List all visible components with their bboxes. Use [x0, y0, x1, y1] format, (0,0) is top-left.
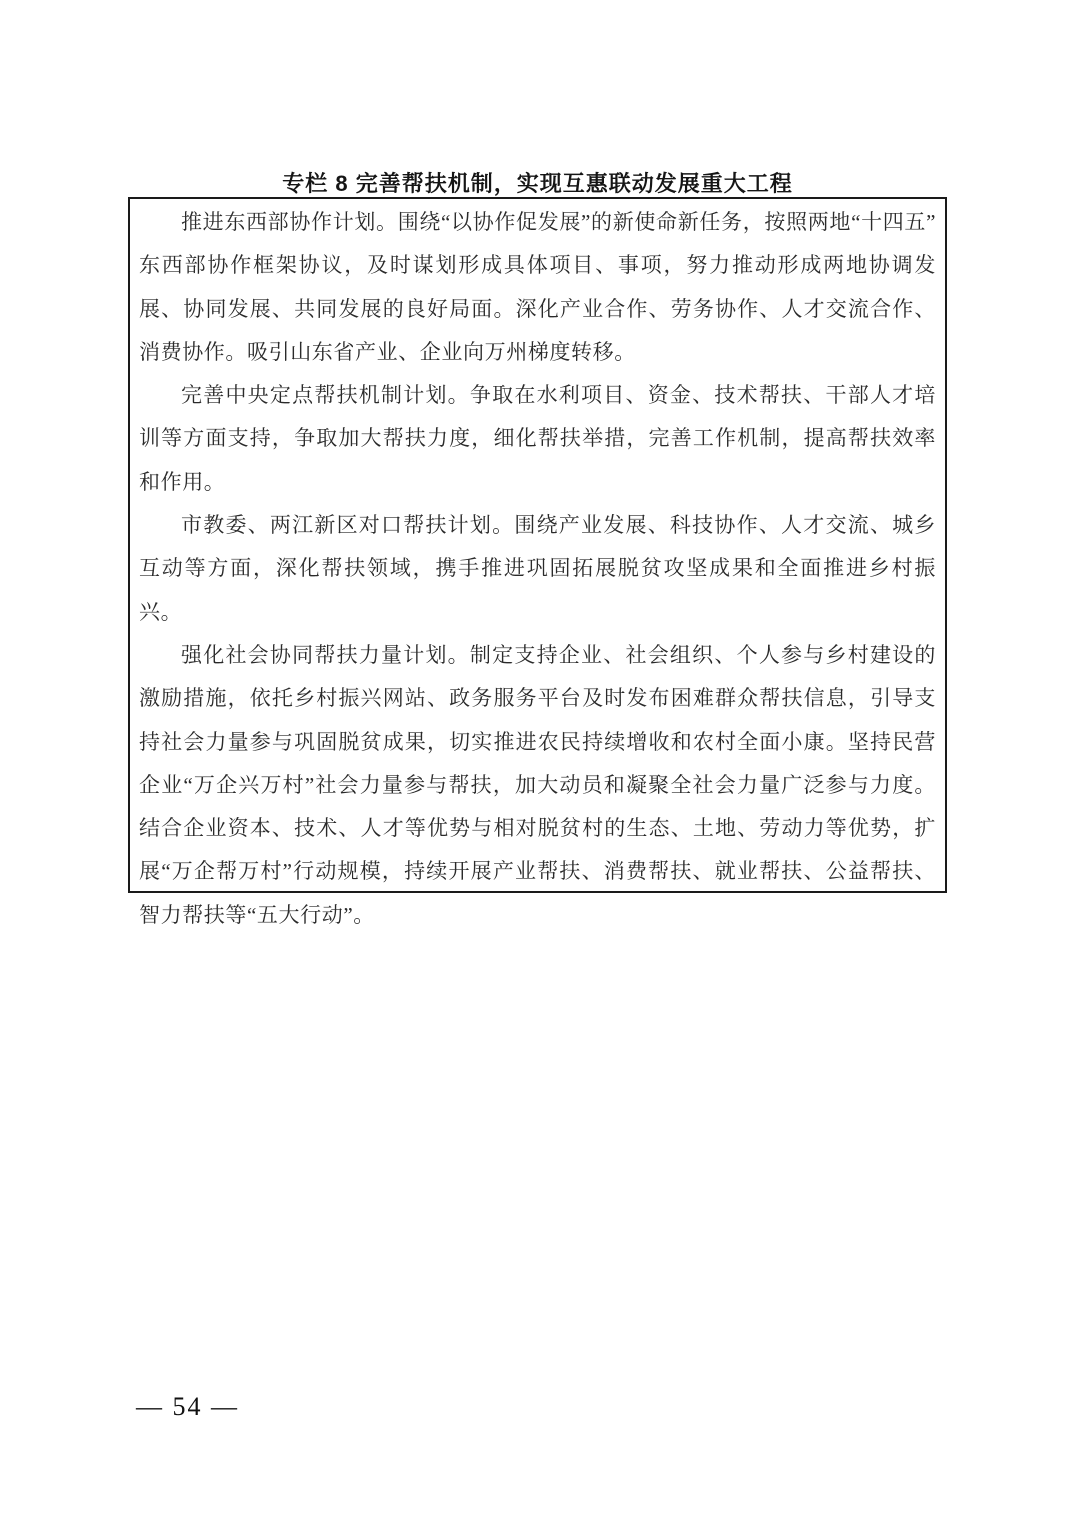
panel-paragraph: 市教委、两江新区对口帮扶计划。围绕产业发展、科技协作、人才交流、城乡互动等方面，… [139, 504, 936, 634]
panel-paragraph: 推进东西部协作计划。围绕“以协作促发展”的新使命新任务，按照两地“十四五”东西部… [139, 201, 936, 374]
panel-title: 专栏 8 完善帮扶机制，实现互惠联动发展重大工程 [128, 167, 947, 198]
page-number: — 54 — [136, 1392, 239, 1422]
document-page: 专栏 8 完善帮扶机制，实现互惠联动发展重大工程 推进东西部协作计划。围绕“以协… [0, 0, 1074, 1520]
panel-box: 推进东西部协作计划。围绕“以协作促发展”的新使命新任务，按照两地“十四五”东西部… [128, 197, 947, 893]
panel-paragraph: 完善中央定点帮扶机制计划。争取在水利项目、资金、技术帮扶、干部人才培训等方面支持… [139, 374, 936, 504]
panel-paragraph: 强化社会协同帮扶力量计划。制定支持企业、社会组织、个人参与乡村建设的激励措施，依… [139, 634, 936, 937]
